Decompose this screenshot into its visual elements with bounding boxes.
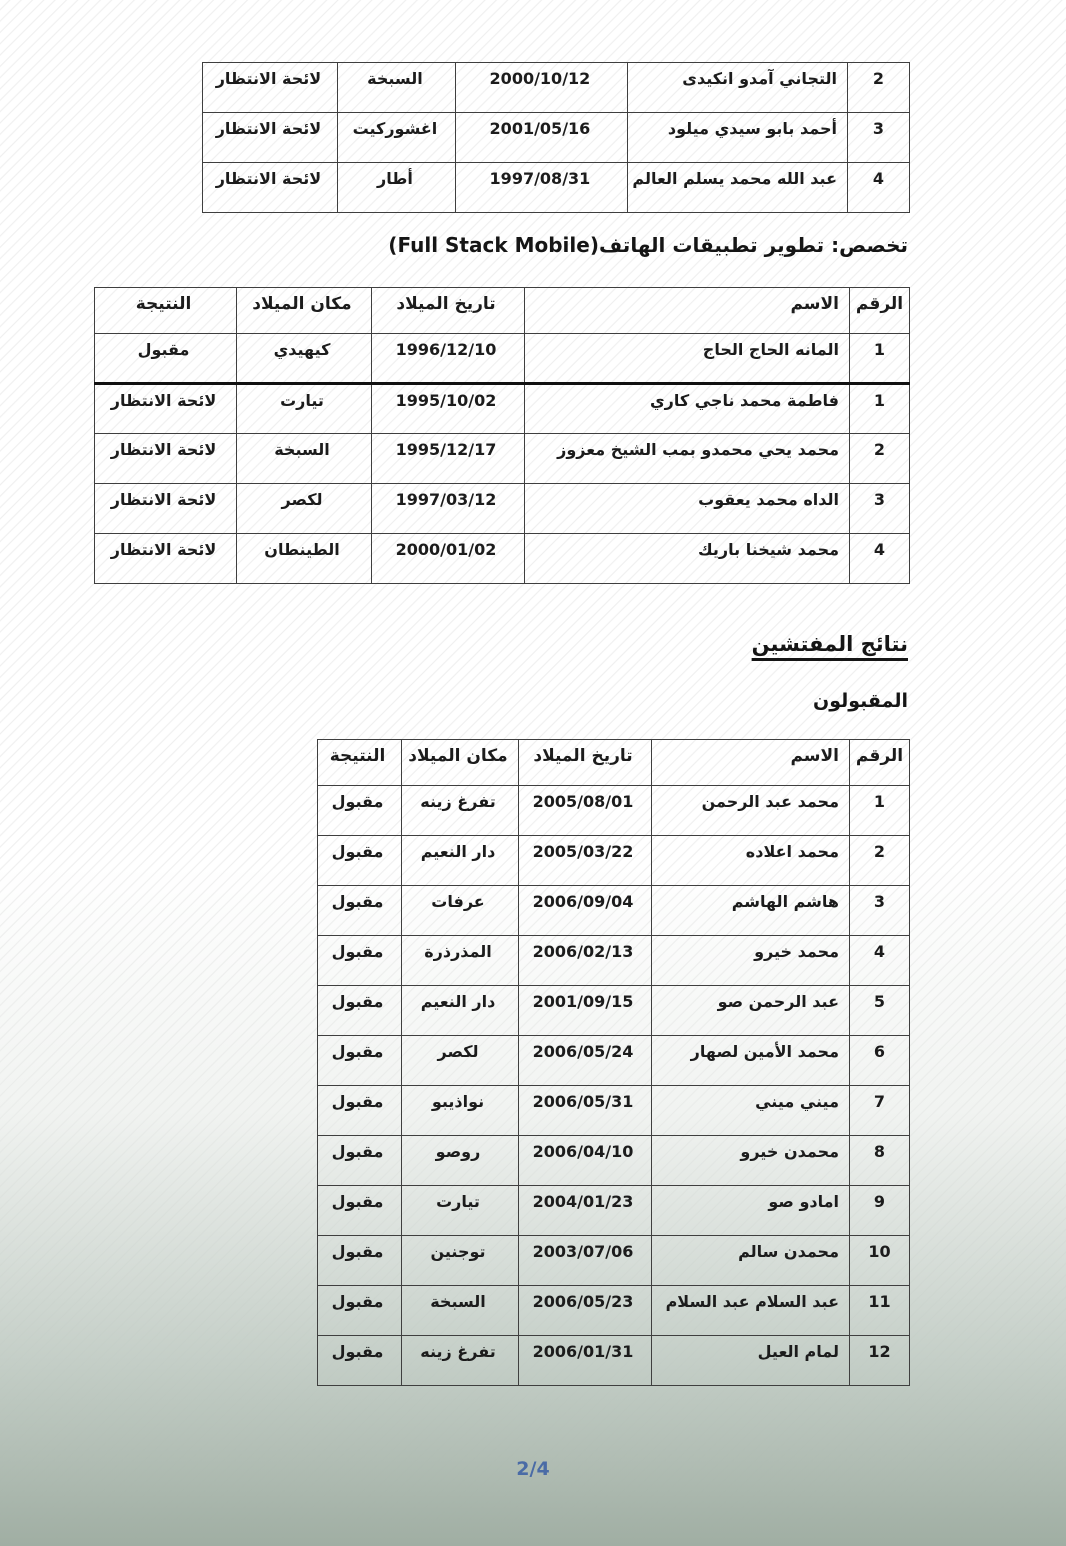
- cell-dob: 1996/12/10: [372, 334, 525, 384]
- cell-dob: 2001/09/15: [519, 986, 652, 1036]
- cell-result: لائحة الانتظار: [203, 163, 338, 213]
- cell-dob: 1995/10/02: [372, 384, 525, 434]
- inspectors-results-table-wrap: الرقم الاسم تاريخ الميلاد مكان الميلاد ا…: [317, 739, 910, 1386]
- cell-num: 2: [850, 836, 910, 886]
- cell-name: أحمد بابو سيدي ميلود: [628, 113, 848, 163]
- cell-dob: 1995/12/17: [372, 434, 525, 484]
- cell-num: 2: [848, 63, 910, 113]
- cell-dob: 1997/03/12: [372, 484, 525, 534]
- table-row: 9امادو صو2004/01/23تيارتمقبول: [318, 1186, 910, 1236]
- cell-place: دار النعيم: [402, 986, 519, 1036]
- cell-place: السبخة: [338, 63, 456, 113]
- table-row: 3أحمد بابو سيدي ميلود2001/05/16اغشوركيتل…: [203, 113, 910, 163]
- cell-result: مقبول: [318, 1186, 402, 1236]
- cell-num: 10: [850, 1236, 910, 1286]
- cell-place: دار النعيم: [402, 836, 519, 886]
- cell-name: محمد اعلاده: [652, 836, 850, 886]
- cell-num: 3: [848, 113, 910, 163]
- table-row: 1فاطمة محمد ناجي كاري1995/10/02تيارتلائح…: [95, 384, 910, 434]
- inspectors-results-table: الرقم الاسم تاريخ الميلاد مكان الميلاد ا…: [317, 739, 910, 1386]
- header-birth-date: تاريخ الميلاد: [519, 740, 652, 786]
- cell-num: 1: [850, 334, 910, 384]
- cell-name: محمد الأمين لصهار: [652, 1036, 850, 1086]
- cell-result: مقبول: [318, 1286, 402, 1336]
- cell-name: عبد الله محمد يسلم العالم: [628, 163, 848, 213]
- cell-result: لائحة الانتظار: [95, 434, 237, 484]
- cell-name: محمدن سالم: [652, 1236, 850, 1286]
- inspectors-title: نتائج المفتشين: [752, 632, 908, 656]
- accepted-subtitle: المقبولون: [813, 690, 908, 712]
- cell-result: لائحة الانتظار: [203, 63, 338, 113]
- header-birth-date: تاريخ الميلاد: [372, 288, 525, 334]
- cell-dob: 2005/08/01: [519, 786, 652, 836]
- table-row: 6محمد الأمين لصهار2006/05/24لكصرمقبول: [318, 1036, 910, 1086]
- cell-name: محمد خيرو: [652, 936, 850, 986]
- cell-name: محمد عبد الرحمن: [652, 786, 850, 836]
- header-row: الرقم الاسم تاريخ الميلاد مكان الميلاد ا…: [318, 740, 910, 786]
- cell-num: 8: [850, 1136, 910, 1186]
- header-number: الرقم: [850, 288, 910, 334]
- header-birth-place: مكان الميلاد: [402, 740, 519, 786]
- cell-result: مقبول: [318, 836, 402, 886]
- cell-result: لائحة الانتظار: [203, 113, 338, 163]
- header-birth-place: مكان الميلاد: [237, 288, 372, 334]
- table-row: 1المانه الحاج الحاج1996/12/10كيهيديمقبول: [95, 334, 910, 384]
- cell-result: مقبول: [318, 1036, 402, 1086]
- table-row: 11عبد السلام عبد السلام2006/05/23السبخةم…: [318, 1286, 910, 1336]
- cell-dob: 2006/05/23: [519, 1286, 652, 1336]
- cell-dob: 2000/01/02: [372, 534, 525, 584]
- cell-name: محمد شيخنا باريك: [525, 534, 850, 584]
- cell-result: مقبول: [318, 1336, 402, 1386]
- cell-name: ميني ميني: [652, 1086, 850, 1136]
- cell-place: تيارت: [237, 384, 372, 434]
- cell-result: مقبول: [318, 1236, 402, 1286]
- cell-name: هاشم الهاشم: [652, 886, 850, 936]
- cell-name: محمد يحي محمدو بمب الشيخ معزوز: [525, 434, 850, 484]
- table-row: 3هاشم الهاشم2006/09/04عرفاتمقبول: [318, 886, 910, 936]
- cell-name: عبد الرحمن صو: [652, 986, 850, 1036]
- cell-place: نواذيبو: [402, 1086, 519, 1136]
- cell-name: المانه الحاج الحاج: [525, 334, 850, 384]
- header-name: الاسم: [652, 740, 850, 786]
- header-result: النتيجة: [318, 740, 402, 786]
- cell-place: كيهيدي: [237, 334, 372, 384]
- cell-dob: 2006/02/13: [519, 936, 652, 986]
- table-row: 4محمد شيخنا باريك2000/01/02الطينطانلائحة…: [95, 534, 910, 584]
- cell-dob: 2006/01/31: [519, 1336, 652, 1386]
- cell-name: لمام العيل: [652, 1336, 850, 1386]
- cell-result: لائحة الانتظار: [95, 534, 237, 584]
- cell-place: توجنين: [402, 1236, 519, 1286]
- table-row: 10محمدن سالم2003/07/06توجنينمقبول: [318, 1236, 910, 1286]
- table-row: 5عبد الرحمن صو2001/09/15دار النعيممقبول: [318, 986, 910, 1036]
- mobile-results-table: الرقم الاسم تاريخ الميلاد مكان الميلاد ا…: [94, 287, 910, 584]
- cell-name: فاطمة محمد ناجي كاري: [525, 384, 850, 434]
- cell-place: الطينطان: [237, 534, 372, 584]
- cell-place: تفرغ زينه: [402, 1336, 519, 1386]
- document-page: 2التجاني آمدو انكيدى2000/10/12السبخةلائح…: [0, 0, 1066, 1546]
- table-row: 2محمد اعلاده2005/03/22دار النعيممقبول: [318, 836, 910, 886]
- cell-name: التجاني آمدو انكيدى: [628, 63, 848, 113]
- cell-result: لائحة الانتظار: [95, 484, 237, 534]
- cell-num: 6: [850, 1036, 910, 1086]
- cell-num: 5: [850, 986, 910, 1036]
- cell-dob: 2006/09/04: [519, 886, 652, 936]
- cell-place: السبخة: [237, 434, 372, 484]
- cell-place: تيارت: [402, 1186, 519, 1236]
- header-name: الاسم: [525, 288, 850, 334]
- header-result: النتيجة: [95, 288, 237, 334]
- cell-result: مقبول: [318, 986, 402, 1036]
- cell-result: مقبول: [95, 334, 237, 384]
- table-row: 4محمد خيرو2006/02/13المذرذرةمقبول: [318, 936, 910, 986]
- cell-num: 7: [850, 1086, 910, 1136]
- table-row: 4عبد الله محمد يسلم العالم1997/08/31أطار…: [203, 163, 910, 213]
- table-row: 2محمد يحي محمدو بمب الشيخ معزوز1995/12/1…: [95, 434, 910, 484]
- table-row: 2التجاني آمدو انكيدى2000/10/12السبخةلائح…: [203, 63, 910, 113]
- cell-result: مقبول: [318, 936, 402, 986]
- cell-place: المذرذرة: [402, 936, 519, 986]
- cell-dob: 2000/10/12: [456, 63, 628, 113]
- table-row: 7ميني ميني2006/05/31نواذيبومقبول: [318, 1086, 910, 1136]
- cell-name: عبد السلام عبد السلام: [652, 1286, 850, 1336]
- cell-dob: 2004/01/23: [519, 1186, 652, 1236]
- cell-name: الداه محمد يعقوب: [525, 484, 850, 534]
- cell-num: 3: [850, 886, 910, 936]
- cell-place: السبخة: [402, 1286, 519, 1336]
- cell-num: 4: [850, 534, 910, 584]
- table-row: 8محمدن خيرو2006/04/10روصومقبول: [318, 1136, 910, 1186]
- table-row: 12لمام العيل2006/01/31تفرغ زينهمقبول: [318, 1336, 910, 1386]
- mobile-results-table-wrap: الرقم الاسم تاريخ الميلاد مكان الميلاد ا…: [94, 287, 910, 584]
- cell-num: 9: [850, 1186, 910, 1236]
- cell-num: 2: [850, 434, 910, 484]
- cell-place: لكصر: [237, 484, 372, 534]
- cell-place: تفرغ زينه: [402, 786, 519, 836]
- cell-result: مقبول: [318, 786, 402, 836]
- cell-dob: 1997/08/31: [456, 163, 628, 213]
- cell-num: 3: [850, 484, 910, 534]
- cell-num: 11: [850, 1286, 910, 1336]
- cell-result: مقبول: [318, 1136, 402, 1186]
- cell-place: روصو: [402, 1136, 519, 1186]
- cell-place: لكصر: [402, 1036, 519, 1086]
- header-number: الرقم: [850, 740, 910, 786]
- cell-num: 1: [850, 384, 910, 434]
- cell-name: محمدن خيرو: [652, 1136, 850, 1186]
- cell-place: أطار: [338, 163, 456, 213]
- cell-dob: 2003/07/06: [519, 1236, 652, 1286]
- cell-num: 4: [848, 163, 910, 213]
- table-row: 1محمد عبد الرحمن2005/08/01تفرغ زينهمقبول: [318, 786, 910, 836]
- header-row: الرقم الاسم تاريخ الميلاد مكان الميلاد ا…: [95, 288, 910, 334]
- waiting-list-table-partial: 2التجاني آمدو انكيدى2000/10/12السبخةلائح…: [202, 62, 910, 213]
- cell-num: 4: [850, 936, 910, 986]
- page-number: 2/4: [38, 1458, 1028, 1480]
- cell-dob: 2005/03/22: [519, 836, 652, 886]
- waiting-list-table: 2التجاني آمدو انكيدى2000/10/12السبخةلائح…: [202, 62, 910, 213]
- cell-place: عرفات: [402, 886, 519, 936]
- cell-dob: 2006/05/31: [519, 1086, 652, 1136]
- cell-result: مقبول: [318, 1086, 402, 1136]
- cell-name: امادو صو: [652, 1186, 850, 1236]
- cell-dob: 2006/04/10: [519, 1136, 652, 1186]
- specialty-heading: تخصص: تطوير تطبيقات الهاتف(Full Stack Mo…: [388, 233, 908, 257]
- cell-result: لائحة الانتظار: [95, 384, 237, 434]
- cell-dob: 2001/05/16: [456, 113, 628, 163]
- cell-place: اغشوركيت: [338, 113, 456, 163]
- cell-dob: 2006/05/24: [519, 1036, 652, 1086]
- cell-num: 1: [850, 786, 910, 836]
- cell-num: 12: [850, 1336, 910, 1386]
- cell-result: مقبول: [318, 886, 402, 936]
- table-row: 3الداه محمد يعقوب1997/03/12لكصرلائحة الا…: [95, 484, 910, 534]
